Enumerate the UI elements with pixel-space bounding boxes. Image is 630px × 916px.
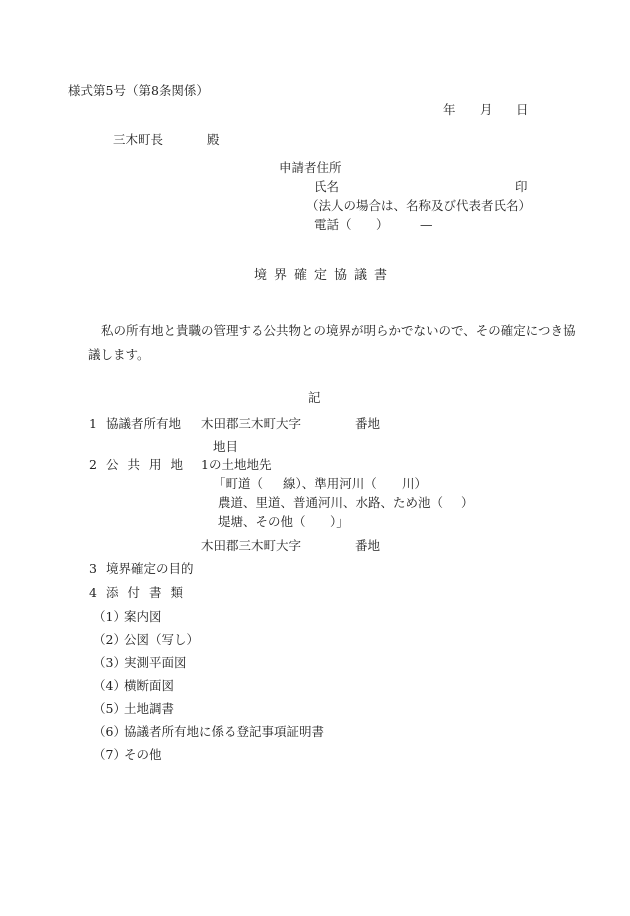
item1-label: 協議者所有地 [106, 418, 181, 431]
item4-number: 4 [89, 587, 97, 600]
item1-chimoku: 地目 [213, 441, 238, 454]
phone-dash: — [420, 219, 433, 232]
item2-line3a: 堤塘、その他（ [218, 516, 306, 529]
addressee-name: 三木町長 [113, 134, 163, 147]
item2-line2a: 農道、里道、普通河川、水路、ため池（ [218, 497, 443, 510]
item2-line1c: 川） [402, 478, 427, 491]
attachment-number: （7） [93, 749, 126, 762]
attachment-label: 協議者所有地に係る登記事項証明書 [124, 726, 324, 739]
ki-heading: 記 [308, 392, 321, 405]
date-day: 日 [516, 104, 529, 117]
item2-line2b: ） [461, 497, 474, 510]
item2-address: 木田郡三木町大字 [201, 540, 301, 553]
attachment-number: （6） [93, 726, 126, 739]
document-title: 境界確定協議書 [254, 269, 394, 282]
item1-banchi: 番地 [355, 418, 380, 431]
item2-line1b: 線）、準用河川（ [283, 478, 377, 491]
item2-prefix: 1の土地地先 [201, 459, 271, 472]
item1-number: 1 [89, 418, 97, 431]
item4-label: 添付書類 [106, 587, 192, 600]
item2-line3b: ）」 [330, 516, 349, 529]
body-line-1: 私の所有地と貴職の管理する公共物との境界が明らかでないので、その確定につき協 [101, 325, 576, 338]
date-year: 年 [443, 104, 456, 117]
applicant-address-label: 申請者住所 [279, 162, 342, 175]
phone-close: ） [376, 219, 389, 232]
phone-label: 電話（ [314, 219, 352, 232]
attachment-number: （5） [93, 703, 126, 716]
body-line-2: 議します。 [88, 349, 150, 362]
item3-label: 境界確定の目的 [106, 563, 194, 576]
attachment-label: 土地調書 [124, 703, 174, 716]
item2-banchi: 番地 [355, 540, 380, 553]
item2-line1a: 「町道（ [213, 478, 263, 491]
seal-mark: 印 [515, 181, 528, 194]
attachment-number: （1） [93, 611, 126, 624]
attachment-number: （2） [93, 634, 126, 647]
attachment-label: 横断面図 [124, 680, 174, 693]
applicant-name-label: 氏名 [314, 181, 339, 194]
attachment-label: 実測平面図 [124, 657, 187, 670]
attachment-number: （4） [93, 680, 126, 693]
attachment-label: その他 [124, 749, 162, 762]
corporate-note: （法人の場合は、名称及び代表者氏名） [306, 200, 531, 213]
item3-number: 3 [89, 563, 97, 576]
item2-number: 2 [89, 459, 97, 472]
form-number: 様式第5号（第8条関係） [68, 85, 209, 98]
item1-address: 木田郡三木町大字 [201, 418, 301, 431]
addressee-honorific: 殿 [207, 134, 220, 147]
item2-label: 公共用地 [106, 459, 192, 472]
attachment-number: （3） [93, 657, 126, 670]
attachment-label: 案内図 [124, 611, 162, 624]
attachment-label: 公図（写し） [124, 634, 199, 647]
date-month: 月 [480, 104, 493, 117]
